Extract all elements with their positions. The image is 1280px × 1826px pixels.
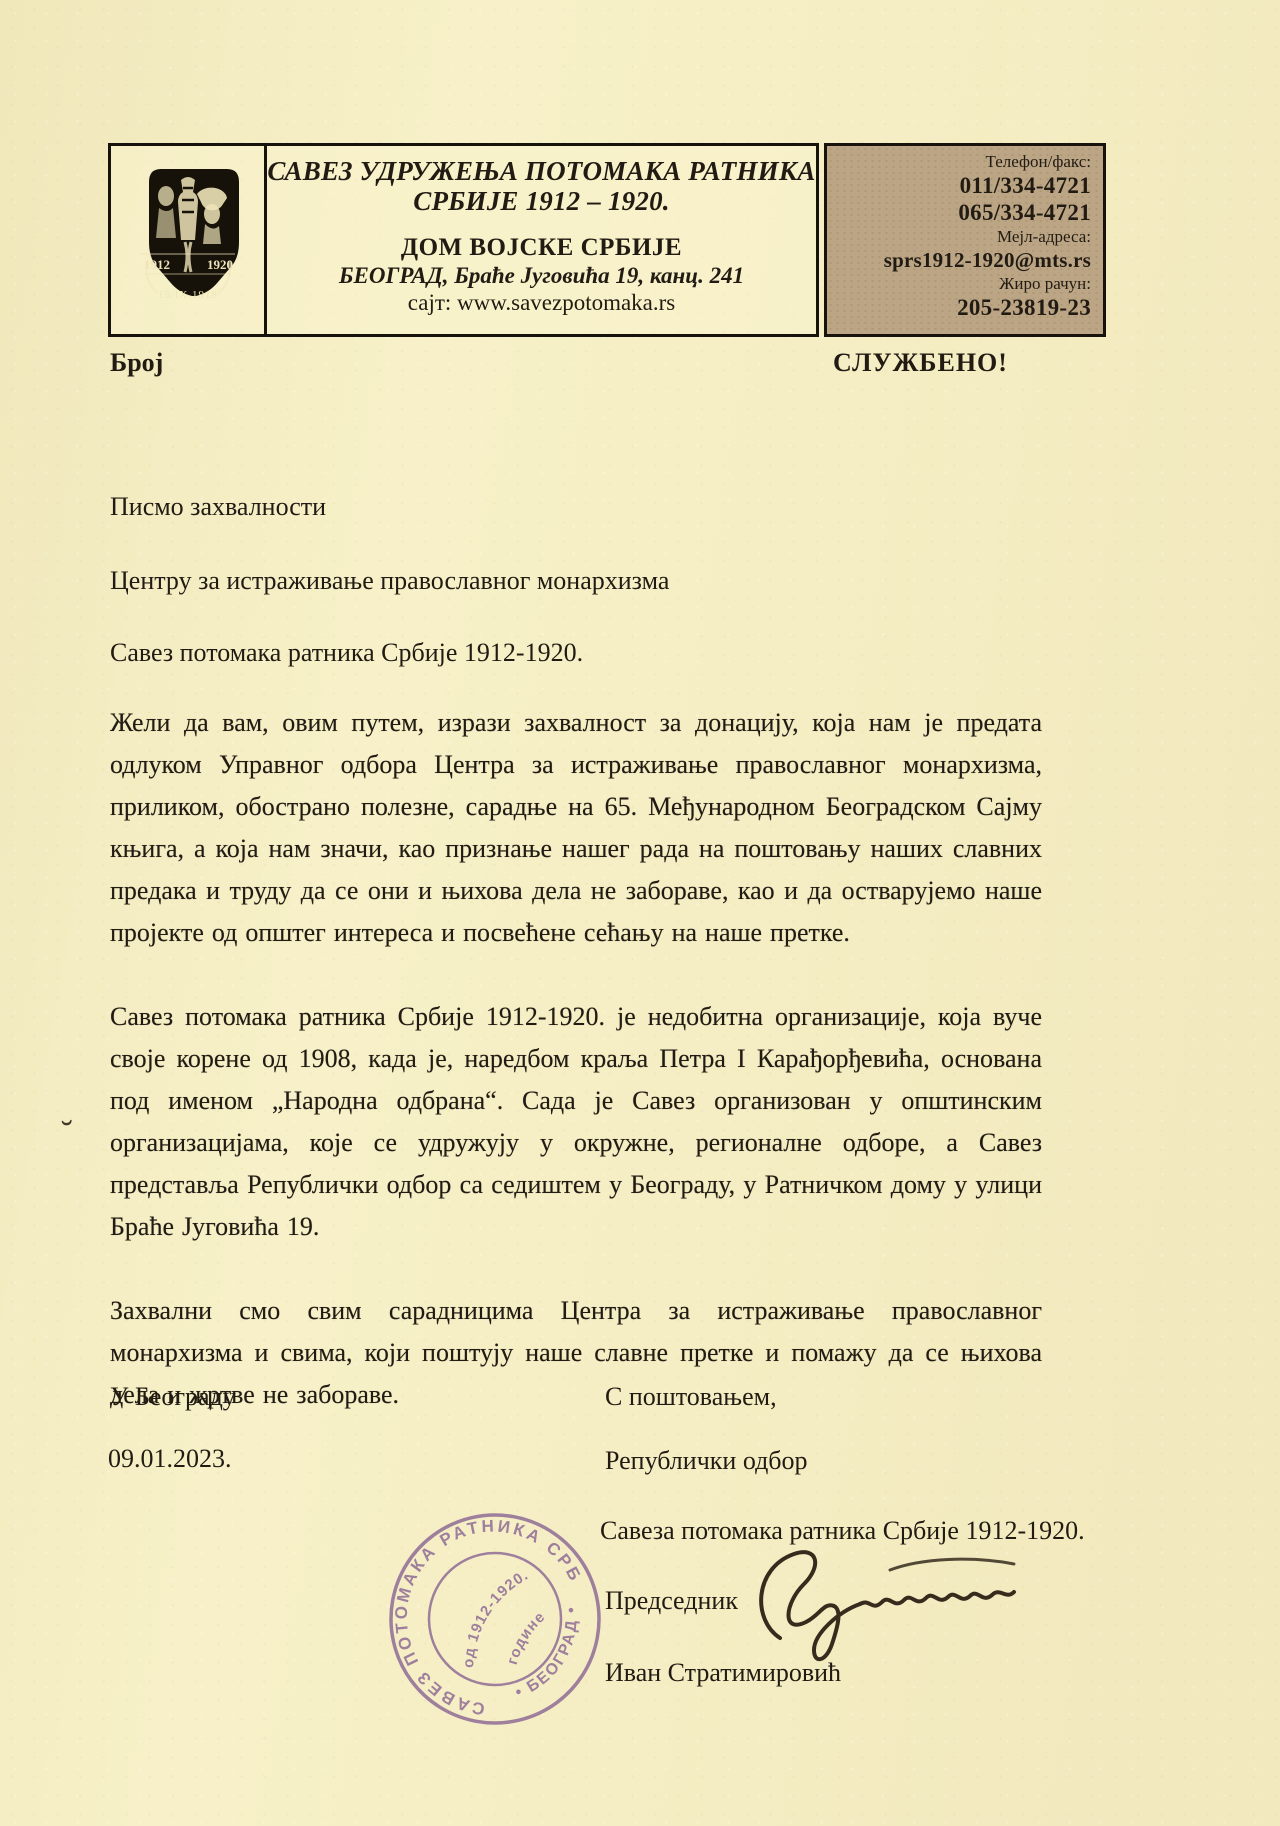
closing-committee: Републички одбор bbox=[605, 1446, 808, 1476]
official-mark: СЛУЖБЕНО! bbox=[833, 348, 1008, 378]
org-building: ДОМ ВОЈСКЕ СРБИЈЕ bbox=[267, 234, 816, 262]
org-name-line2: СРБИЈЕ 1912 – 1920. bbox=[267, 186, 816, 216]
letterhead-contact-box: Телефон/факс: 011/334-4721 065/334-4721 … bbox=[824, 143, 1106, 337]
reference-number-label: Број bbox=[110, 348, 163, 378]
letter-subject: Писмо захвалности bbox=[110, 492, 326, 522]
phone-label: Телефон/факс: bbox=[835, 151, 1091, 172]
org-website: сајт: www.savezpotomaka.rs bbox=[267, 289, 816, 316]
organization-emblem-icon: 1912 1920 15.IX.1918 bbox=[133, 166, 243, 314]
closing-date: 09.01.2023. bbox=[108, 1444, 232, 1474]
emblem-date-bottom: 15.IX.1918 bbox=[157, 289, 217, 301]
org-address: БЕОГРАД, Браће Југовића 19, канц. 241 bbox=[267, 262, 816, 289]
email-label: Мејл-адреса: bbox=[835, 226, 1091, 247]
emblem-figure-head bbox=[158, 186, 174, 206]
emblem-figure-body bbox=[156, 208, 176, 238]
paragraph-3: Захвални смо свим сарадницима Центра за … bbox=[110, 1290, 1042, 1416]
letter-recipient: Центру за истраживање православног монар… bbox=[110, 566, 669, 596]
letterhead-main-box: 1912 1920 15.IX.1918 САВЕЗ УДРУЖЕЊА ПОТО… bbox=[108, 143, 819, 337]
account-number: 205-23819-23 bbox=[835, 294, 1091, 321]
letter-paragraphs: Жели да вам, овим путем, изрази захвално… bbox=[110, 702, 1042, 1458]
stamp-inner-line2: године bbox=[500, 1606, 552, 1671]
closing-place: У Београду bbox=[110, 1382, 236, 1412]
organization-stamp: САВЕЗ ПОТОМАКА РАТНИКА СРБИЈЕ • БЕОГРАД … bbox=[368, 1492, 622, 1751]
handwritten-margin-mark: ˘ bbox=[60, 1111, 76, 1154]
signature-ink-icon bbox=[742, 1540, 1032, 1675]
letterhead-center-cell: САВЕЗ УДРУЖЕЊА ПОТОМАКА РАТНИКА СРБИЈЕ 1… bbox=[267, 146, 816, 334]
emblem-year-left: 1912 bbox=[144, 257, 170, 272]
org-name-line1: САВЕЗ УДРУЖЕЊА ПОТОМАКА РАТНИКА bbox=[267, 156, 816, 186]
account-label: Жиро рачун: bbox=[835, 273, 1091, 294]
phone-number-1: 011/334-4721 bbox=[835, 172, 1091, 199]
letter-sender-intro: Савез потомака ратника Србије 1912-1920. bbox=[110, 638, 583, 668]
email-address: sprs1912-1920@mts.rs bbox=[835, 247, 1091, 273]
letterhead-logo-cell: 1912 1920 15.IX.1918 bbox=[111, 146, 267, 334]
paragraph-1: Жели да вам, овим путем, изрази захвално… bbox=[110, 702, 1042, 954]
president-signature bbox=[742, 1540, 1032, 1680]
emblem-soldier-face bbox=[204, 204, 220, 224]
phone-number-2: 065/334-4721 bbox=[835, 199, 1091, 226]
closing-salutation: С поштовањем, bbox=[605, 1382, 777, 1412]
scanned-letter-page: 1912 1920 15.IX.1918 САВЕЗ УДРУЖЕЊА ПОТО… bbox=[0, 0, 1280, 1826]
letterhead: 1912 1920 15.IX.1918 САВЕЗ УДРУЖЕЊА ПОТО… bbox=[108, 143, 1106, 337]
round-stamp-icon: САВЕЗ ПОТОМАКА РАТНИКА СРБИЈЕ • БЕОГРАД … bbox=[322, 1446, 667, 1791]
paragraph-2: Савез потомака ратника Србије 1912-1920.… bbox=[110, 996, 1042, 1248]
svg-text:године: године bbox=[500, 1606, 552, 1671]
